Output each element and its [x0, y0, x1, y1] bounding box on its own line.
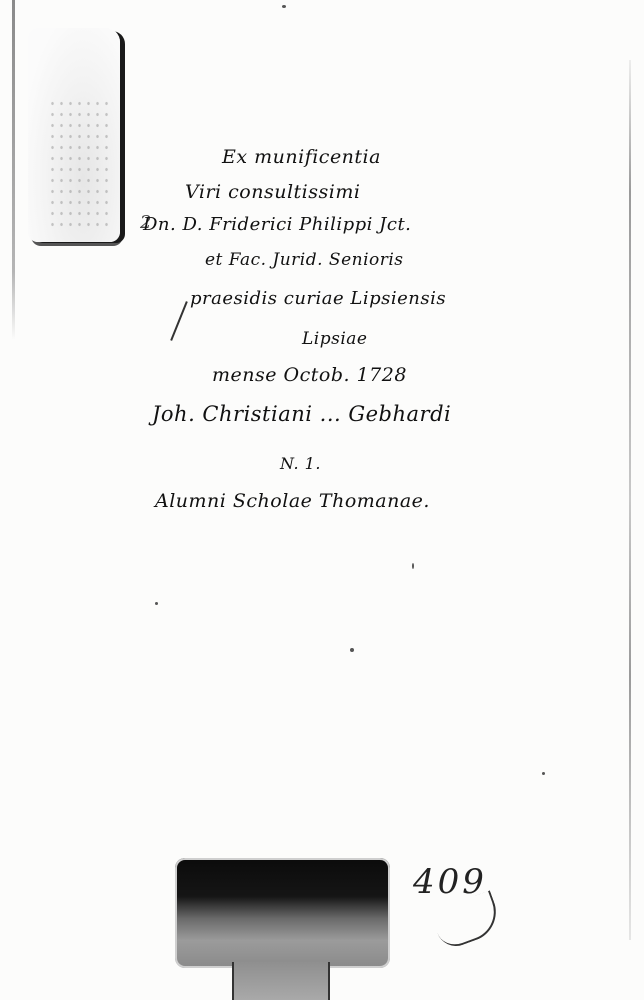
inscription-number: N. 1. — [280, 454, 321, 473]
paper-speck — [282, 5, 286, 8]
inscription-line-3: Dn. D. Friderici Philippi Jct. — [143, 214, 411, 235]
bookmark-stem — [232, 962, 330, 1000]
manuscript-page: 2 Ex munificentia Viri consultissimi Dn.… — [0, 0, 644, 1000]
inscription-date: mense Octob. 1728 — [212, 364, 407, 386]
inscription-line-6: Lipsiae — [302, 329, 367, 349]
pen-stroke — [170, 301, 188, 341]
paper-speck — [350, 648, 354, 652]
inscription-owner-name: Joh. Christiani ... Gebhardi — [152, 402, 451, 426]
inscription-line-5: praesidis curiae Lipsiensis — [190, 288, 446, 309]
bookmark-tab — [175, 858, 390, 968]
inscription-school: Alumni Scholae Thomanae. — [155, 490, 430, 512]
ex-libris-inscription: Ex munificentia Viri consultissimi Dn. D… — [0, 0, 644, 560]
paper-speck — [155, 602, 158, 605]
paper-speck — [412, 563, 414, 569]
inscription-line-1: Ex munificentia — [222, 146, 381, 168]
paper-speck — [542, 772, 545, 775]
inscription-line-2: Viri consultissimi — [185, 181, 360, 203]
inscription-line-4: et Fac. Jurid. Senioris — [205, 250, 404, 270]
